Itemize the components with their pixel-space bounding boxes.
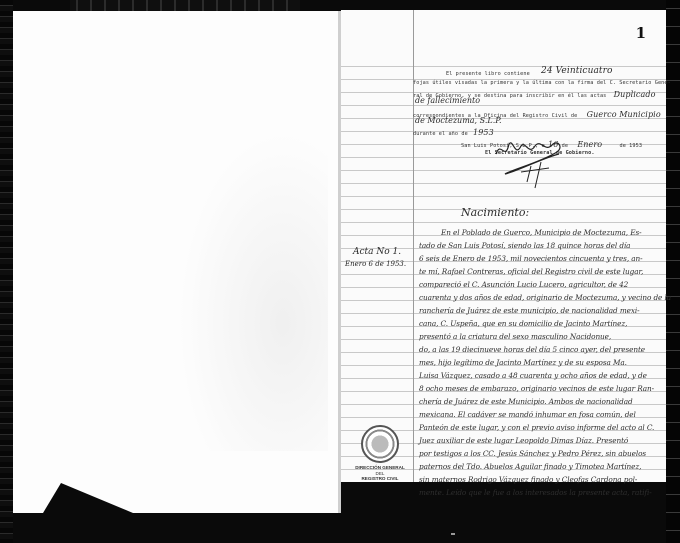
scan-artifact bbox=[451, 533, 455, 535]
left-page bbox=[13, 11, 338, 513]
header-line-6: de Moctezuma, S.L.P. bbox=[415, 116, 502, 125]
header-handwritten-count: 24 Veinticuatro bbox=[541, 66, 613, 76]
registry-seal-icon bbox=[361, 425, 399, 463]
record-line: tado de San Luis Potosí, siendo las 18 q… bbox=[419, 241, 630, 250]
record-line: 8 ocho meses de embarazo, originario vec… bbox=[419, 384, 654, 393]
record-line: Juez auxiliar de este lugar Leopoldo Dim… bbox=[419, 436, 628, 445]
header-line-4: de fallecimiento bbox=[415, 96, 480, 105]
header-line-7: durante el año de 1953 bbox=[413, 128, 494, 137]
record-line: do, a las 19 diecinueve horas del día 5 … bbox=[419, 345, 645, 354]
seal-text-line-1: DIRECCIÓN GENERAL bbox=[349, 465, 411, 470]
bleed-through-shadow bbox=[178, 131, 328, 451]
record-line: por testigos a los CC. Jesús Sánchez y P… bbox=[419, 449, 646, 458]
record-line: 6 seis de Enero de 1953, mil novecientos… bbox=[419, 254, 642, 263]
page-top-blank bbox=[341, 10, 666, 54]
scanner-left-border bbox=[0, 0, 13, 543]
header-handwritten-office: Guerco Municipio bbox=[587, 110, 661, 119]
right-page: 1 El presente libro contiene 24 Veinticu… bbox=[341, 10, 666, 482]
record-line: presentó a la criatura del sexo masculin… bbox=[419, 332, 611, 341]
record-line: paternos del Tdo. Abuelos Aguilar finado… bbox=[419, 462, 641, 471]
record-line: mente. Leído que le fue a los interesado… bbox=[419, 488, 652, 497]
seal-text-line-3: REGISTRO CIVIL bbox=[349, 476, 411, 481]
place-year: 53 bbox=[636, 143, 642, 149]
record-line: te mí, Rafael Contreras, oficial del Reg… bbox=[419, 267, 643, 276]
secretary-signature bbox=[491, 136, 581, 196]
record-heading: Nacimiento: bbox=[461, 206, 529, 219]
header-text: durante el año de bbox=[413, 131, 468, 137]
record-line: En el Poblado de Guerco, Municipio de Mo… bbox=[441, 228, 641, 237]
place-year-prefix: de 19 bbox=[619, 143, 635, 149]
record-line: chería de Juárez de este Municipio. Ambo… bbox=[419, 397, 633, 406]
page-number: 1 bbox=[636, 24, 646, 42]
header-line-2: fojas útiles visadas la primera y la últ… bbox=[413, 80, 671, 86]
header-text: El presente libro contiene bbox=[446, 71, 530, 77]
record-line: cana, C. Uspeña, que en su domicilio de … bbox=[419, 319, 627, 328]
record-line: cuarenta y dos años de edad, originario … bbox=[419, 293, 671, 302]
record-line: sin maternos Rodrigo Vázquez finado y Cl… bbox=[419, 475, 637, 484]
record-line: Luisa Vázquez, casado a 48 cuarenta y oc… bbox=[419, 371, 647, 380]
header-handwritten-type: Duplicado bbox=[614, 90, 656, 99]
record-line: mexicana. El cadáver se mandó inhumar en… bbox=[419, 410, 636, 419]
record-line: Panteón de este lugar, y con el previo a… bbox=[419, 423, 654, 432]
place-month: Enero bbox=[577, 140, 602, 149]
record-line: compareció el C. Asunción Lucio Lucero, … bbox=[419, 280, 628, 289]
page-corner-fold bbox=[43, 483, 133, 513]
record-line: mes, hijo legítimo de Jacinto Martínez y… bbox=[419, 358, 627, 367]
header-line-1: El presente libro contiene 24 Veinticuat… bbox=[446, 68, 613, 78]
act-date: Enero 6 de 1953. bbox=[345, 260, 406, 268]
record-line: ranchería de Juárez de este municipio, d… bbox=[419, 306, 640, 315]
act-number: Acta No 1. bbox=[353, 247, 401, 257]
